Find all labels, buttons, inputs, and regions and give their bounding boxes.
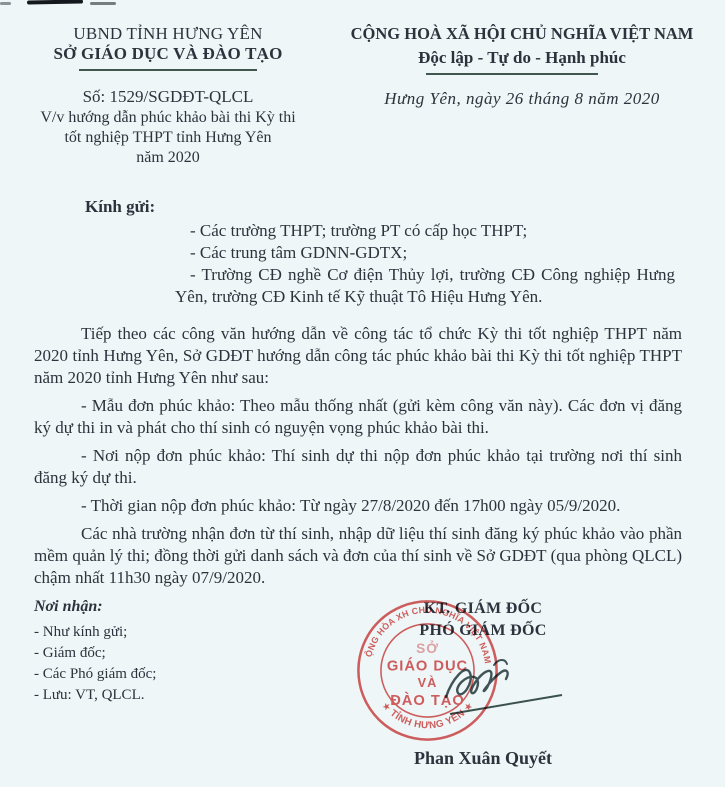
body-paragraph: Tiếp theo các công văn hướng dẫn về công… xyxy=(34,323,682,389)
handwritten-signature xyxy=(436,651,566,719)
subject-line: tốt nghiệp THPT tỉnh Hưng Yên xyxy=(10,128,326,148)
national-title: CỘNG HOÀ XÃ HỘI CHỦ NGHĨA VIỆT NAM xyxy=(332,24,712,44)
distribution-item: - Giám đốc; xyxy=(34,643,156,664)
signer-name: Phan Xuân Quyết xyxy=(330,748,636,769)
subject-line: năm 2020 xyxy=(10,148,326,168)
distribution-list: - Như kính gửi; - Giám đốc; - Các Phó gi… xyxy=(34,622,156,706)
distribution-item: - Như kính gửi; xyxy=(34,622,156,643)
scan-artifact xyxy=(0,2,11,5)
distribution-block: Nơi nhận: - Như kính gửi; - Giám đốc; - … xyxy=(34,598,156,706)
body-paragraph: - Nơi nộp đơn phúc khảo: Thí sinh dự thi… xyxy=(34,445,682,489)
salutation: Kính gửi: xyxy=(85,197,155,217)
stamp-center-text: VÀ xyxy=(418,675,438,690)
body-paragraph: - Thời gian nộp đơn phúc khảo: Từ ngày 2… xyxy=(34,495,682,517)
recipient-item: - Các trung tâm GDNN-GDTX; xyxy=(175,242,675,264)
document-page: UBND TỈNH HƯNG YÊN SỞ GIÁO DỤC VÀ ĐÀO TẠ… xyxy=(0,0,725,787)
document-body: Tiếp theo các công văn hướng dẫn về công… xyxy=(34,323,682,595)
signature-underline xyxy=(450,695,562,714)
distribution-label: Nơi nhận: xyxy=(34,598,156,616)
org-name: SỞ GIÁO DỤC VÀ ĐÀO TẠO xyxy=(10,44,326,64)
parent-org-name: UBND TỈNH HƯNG YÊN xyxy=(10,24,326,44)
scan-artifact xyxy=(27,0,83,4)
body-paragraph: - Mẫu đơn phúc khảo: Theo mẫu thống nhất… xyxy=(34,395,682,439)
body-paragraph: Các nhà trường nhận đơn từ thí sinh, nhậ… xyxy=(34,523,682,589)
scan-artifact xyxy=(90,2,116,5)
recipient-item: - Các trường THPT; trường PT có cấp học … xyxy=(175,220,675,242)
document-subject: V/v hướng dẫn phúc khảo bài thi Kỳ thi t… xyxy=(10,108,326,168)
recipient-item: - Trường CĐ nghề Cơ điện Thủy lợi, trườn… xyxy=(175,264,675,308)
document-number: Số: 1529/SGDĐT-QLCL xyxy=(10,87,326,107)
signature-scribble xyxy=(446,670,508,697)
distribution-item: - Lưu: VT, QLCL. xyxy=(34,685,156,706)
national-motto: Độc lập - Tự do - Hạnh phúc xyxy=(332,48,712,68)
signature-flick xyxy=(494,660,507,665)
place-and-date: Hưng Yên, ngày 26 tháng 8 năm 2020 xyxy=(332,89,712,109)
subject-line: V/v hướng dẫn phúc khảo bài thi Kỳ thi xyxy=(10,108,326,128)
distribution-item: - Các Phó giám đốc; xyxy=(34,664,156,685)
recipient-list: - Các trường THPT; trường PT có cấp học … xyxy=(175,220,675,308)
motto-underline xyxy=(426,73,598,75)
org-name-underline xyxy=(79,69,257,71)
